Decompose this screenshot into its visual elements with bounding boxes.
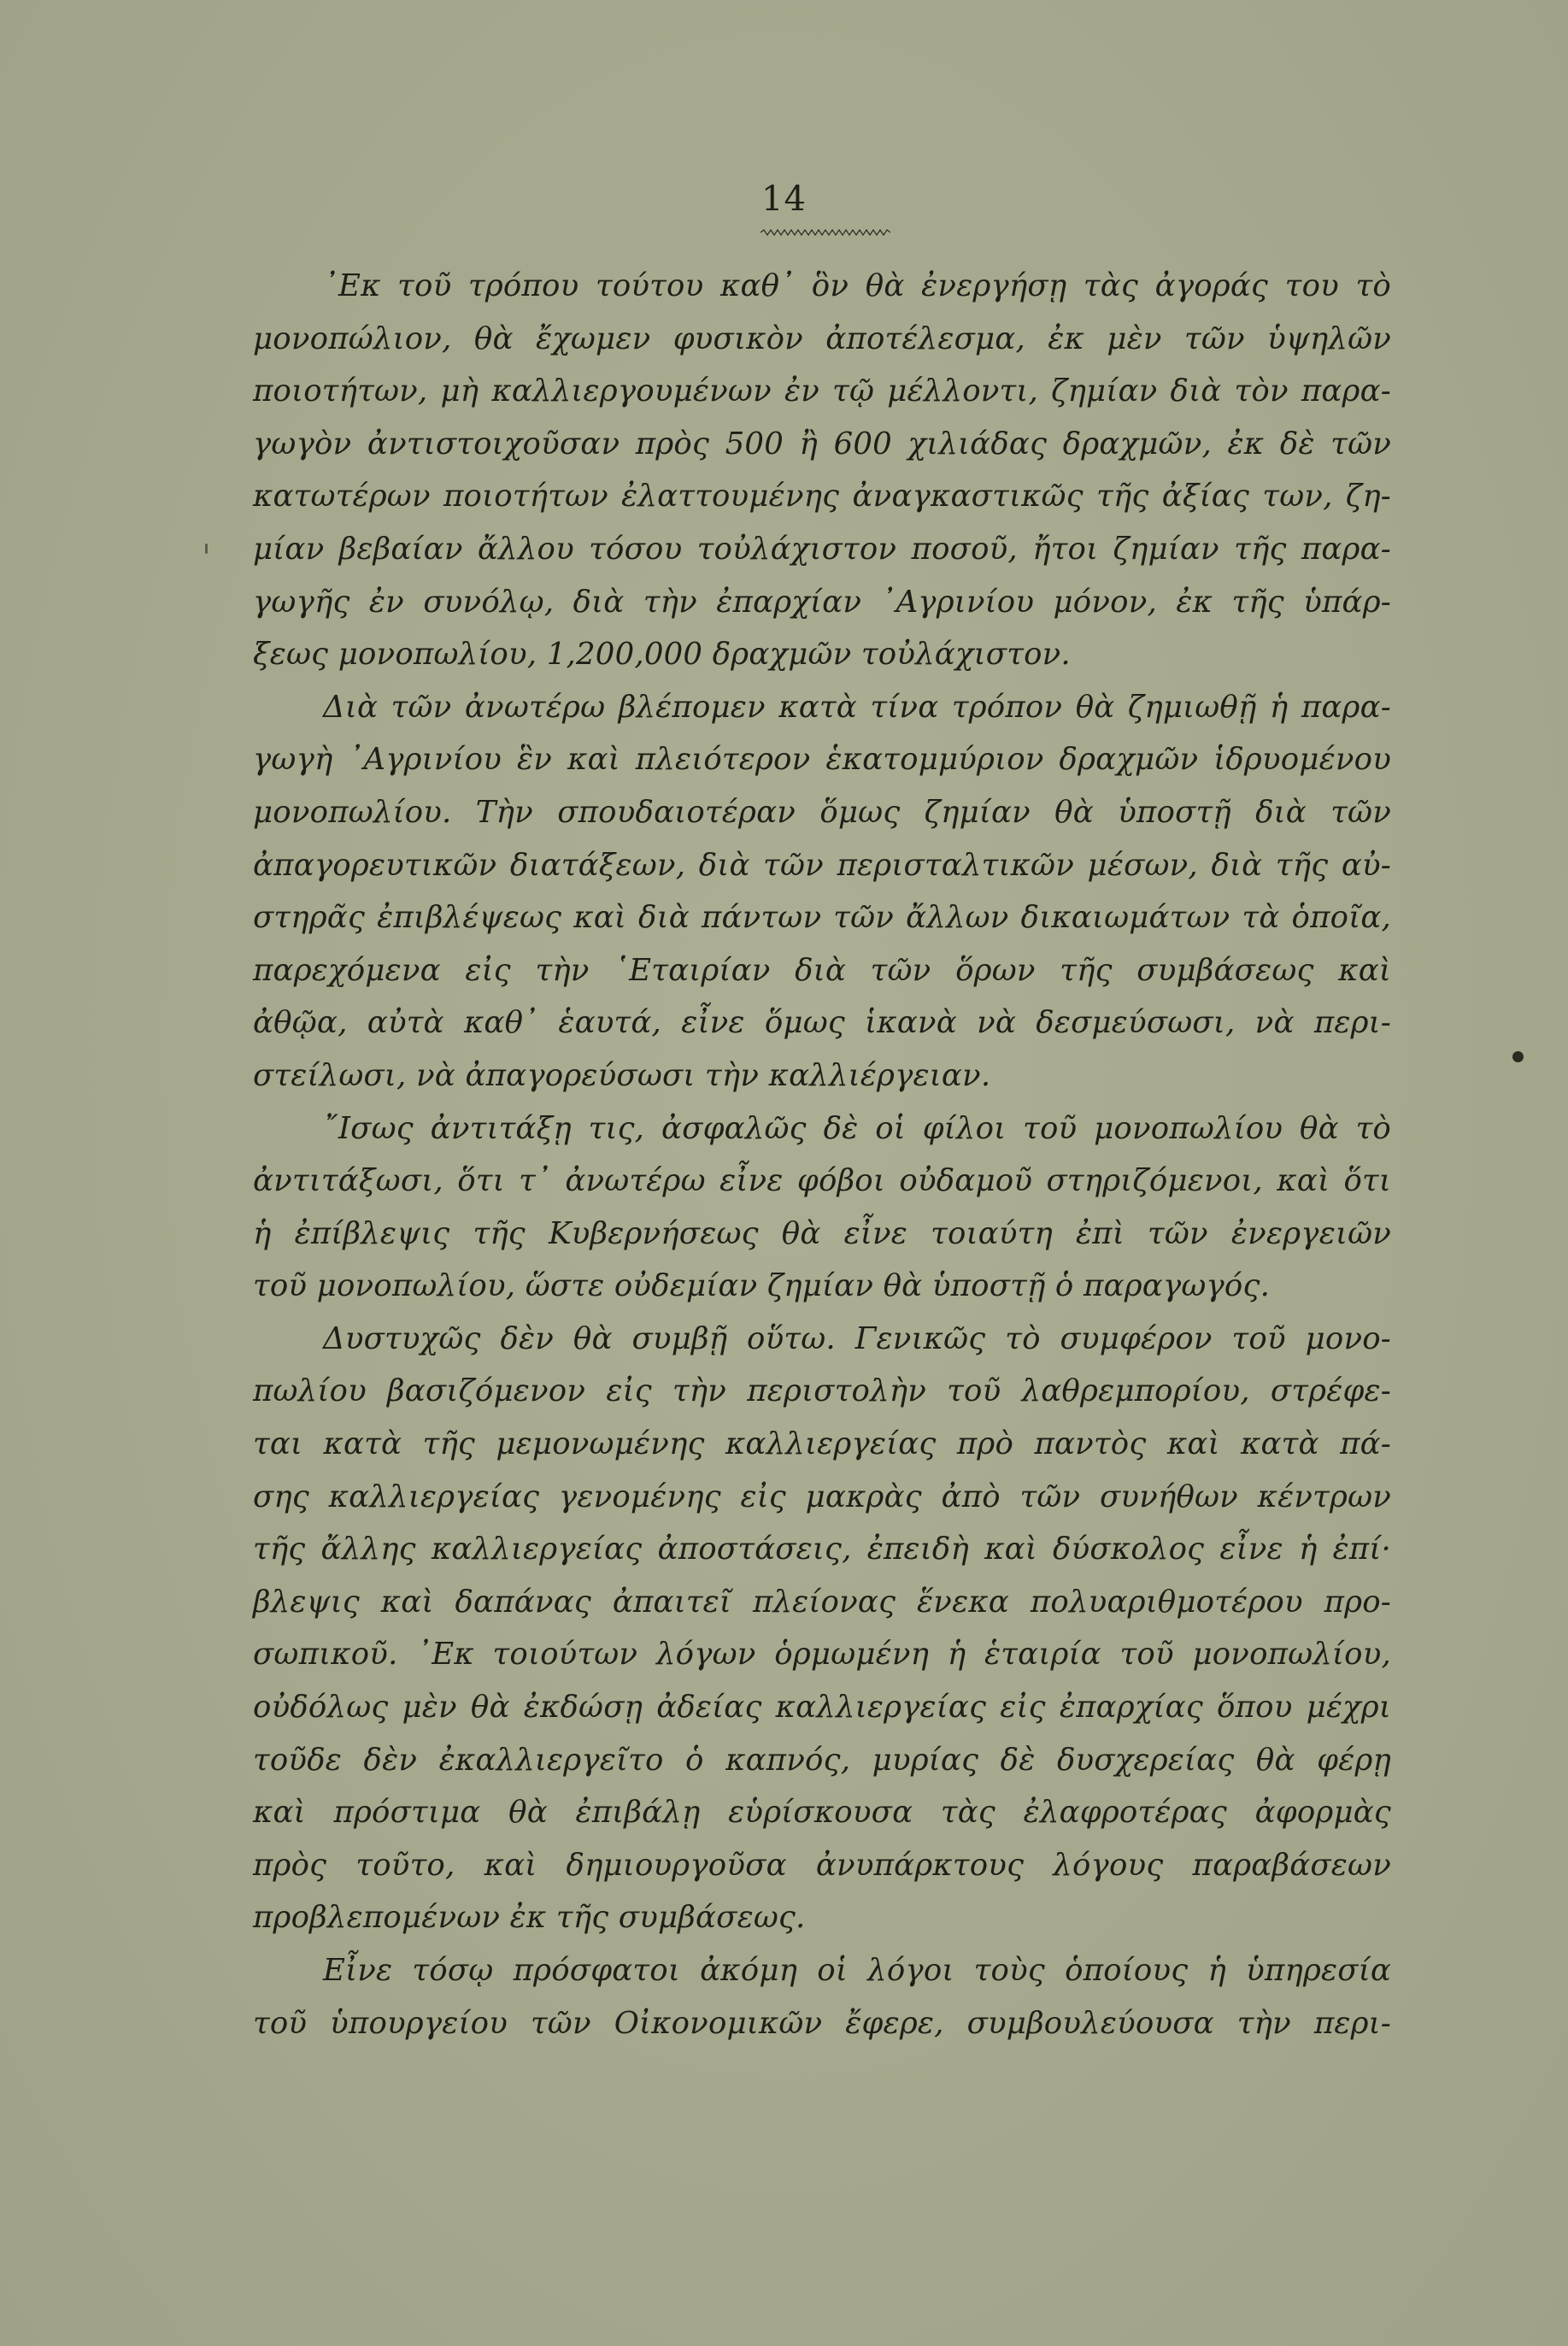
text-line: γωγὴ ᾿Αγρινίου ἓν καὶ πλειότερον ἑκατομμ… <box>253 733 1391 786</box>
decorative-wavy-rule <box>761 229 890 236</box>
body-text: ᾿Εκ τοῦ τρόπου τούτου καθ᾿ ὃν θὰ ἐνεργήσ… <box>253 260 1391 2049</box>
text-line: κατωτέρων ποιοτήτων ἐλαττουμένης ἀναγκασ… <box>253 470 1391 523</box>
text-line: μονοπώλιον, θὰ ἔχωμεν φυσικὸν ἀποτέλεσμα… <box>253 313 1391 366</box>
text-line: τοῦ μονοπωλίου, ὥστε οὐδεμίαν ζημίαν θὰ … <box>253 1260 1391 1313</box>
text-line: τῆς ἄλλης καλλιεργείας ἀποστάσεις, ἐπειδ… <box>253 1523 1391 1576</box>
text-line: στηρᾶς ἐπιβλέψεως καὶ διὰ πάντων τῶν ἄλλ… <box>253 891 1391 944</box>
print-speck <box>205 544 208 554</box>
text-line: Διὰ τῶν ἀνωτέρω βλέπομεν κατὰ τίνα τρόπο… <box>253 681 1391 734</box>
text-line: ται κατὰ τῆς μεμονωμένης καλλιεργείας πρ… <box>253 1418 1391 1471</box>
text-line: ἀθῷα, αὐτὰ καθ᾿ ἑαυτά, εἶνε ὅμως ἱκανὰ ν… <box>253 997 1391 1050</box>
text-line: πωλίου βασιζόμενον εἰς τὴν περιστολὴν το… <box>253 1365 1391 1418</box>
text-line: τοῦδε δὲν ἐκαλλιεργεῖτο ὁ καπνός, μυρίας… <box>253 1734 1391 1787</box>
text-line: ξεως μονοπωλίου, 1,200,000 δραχμῶν τοὐλά… <box>253 628 1391 681</box>
text-line: ᾿Εκ τοῦ τρόπου τούτου καθ᾿ ὃν θὰ ἐνεργήσ… <box>253 260 1391 313</box>
text-line: οὐδόλως μὲν θὰ ἐκδώσῃ ἀδείας καλλιεργεία… <box>253 1681 1391 1734</box>
text-line: Δυστυχῶς δὲν θὰ συμβῇ οὕτω. Γενικῶς τὸ σ… <box>253 1313 1391 1366</box>
ink-dot <box>1512 1051 1524 1062</box>
text-line: Εἶνε τόσῳ πρόσφατοι ἀκόμη οἱ λόγοι τοὺς … <box>253 1944 1391 1997</box>
text-line: μονοπωλίου. Τὴν σπουδαιοτέραν ὅμως ζημία… <box>253 786 1391 839</box>
text-line: ἡ ἐπίβλεψις τῆς Κυβερνήσεως θὰ εἶνε τοια… <box>253 1208 1391 1261</box>
text-line: ποιοτήτων, μὴ καλλιεργουμένων ἐν τῷ μέλλ… <box>253 365 1391 418</box>
text-line: μίαν βεβαίαν ἄλλου τόσου τοὐλάχιστον ποσ… <box>253 523 1391 576</box>
text-line: παρεχόμενα εἰς τὴν ῾Εταιρίαν διὰ τῶν ὅρω… <box>253 944 1391 997</box>
text-line: σωπικοῦ. ᾿Εκ τοιούτων λόγων ὁρμωμένη ἡ ἑ… <box>253 1628 1391 1681</box>
text-line: βλεψις καὶ δαπάνας ἀπαιτεῖ πλείονας ἕνεκ… <box>253 1576 1391 1629</box>
text-line: γωγῆς ἐν συνόλῳ, διὰ τὴν ἐπαρχίαν ᾿Αγριν… <box>253 576 1391 629</box>
text-line: καὶ πρόστιμα θὰ ἐπιβάλῃ εὑρίσκουσα τὰς ἐ… <box>253 1786 1391 1839</box>
text-line: ῎Ισως ἀντιτάξῃ τις, ἀσφαλῶς δὲ οἱ φίλοι … <box>253 1102 1391 1155</box>
text-line: τοῦ ὑπουργείου τῶν Οἰκονομικῶν ἔφερε, συ… <box>253 1997 1391 2050</box>
text-line: στείλωσι, νὰ ἀπαγορεύσωσι τὴν καλλιέργει… <box>253 1050 1391 1102</box>
text-line: ἀπαγορευτικῶν διατάξεων, διὰ τῶν περιστα… <box>253 839 1391 892</box>
text-line: ἀντιτάξωσι, ὅτι τ᾿ ἀνωτέρω εἶνε φόβοι οὐ… <box>253 1155 1391 1208</box>
text-line: πρὸς τοῦτο, καὶ δημιουργοῦσα ἀνυπάρκτους… <box>253 1839 1391 1892</box>
page-number: 14 <box>0 178 1568 220</box>
text-line: γωγὸν ἀντιστοιχοῦσαν πρὸς 500 ἢ 600 χιλι… <box>253 418 1391 471</box>
text-line: σης καλλιεργείας γενομένης εἰς μακρὰς ἀπ… <box>253 1471 1391 1524</box>
scanned-page: 14 ᾿Εκ τοῦ τρόπου τούτου καθ᾿ ὃν θὰ ἐνερ… <box>0 0 1568 2346</box>
text-line: προβλεπομένων ἐκ τῆς συμβάσεως. <box>253 1891 1391 1944</box>
